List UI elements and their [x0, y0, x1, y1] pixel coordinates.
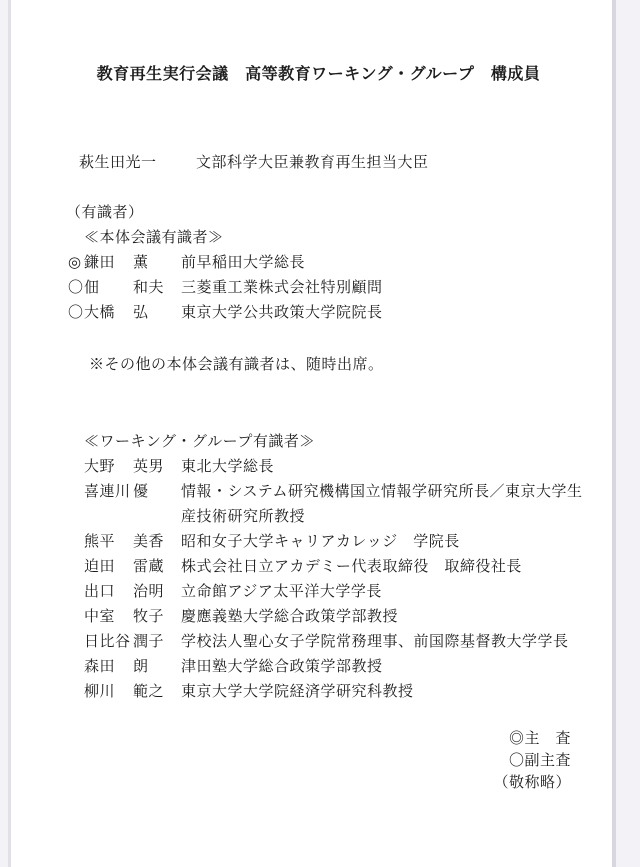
member-row: 迫田 雷蔵 株式会社日立アカデミー代表取締役 取締役社長: [11, 554, 612, 579]
member-given-name: 和夫: [133, 275, 181, 300]
member-given-name: 範之: [133, 679, 181, 704]
member-row: 森田 朗 津田塾大学総合政策学部教授: [11, 654, 612, 679]
minister-name: 萩生田光一: [79, 150, 196, 175]
member-title: 東京大学大学院経済学研究科教授: [181, 679, 612, 704]
member-surname: 佃: [84, 275, 133, 300]
member-marker-icon: [68, 629, 84, 654]
member-title-line: 産技術研究所教授: [181, 504, 612, 529]
member-title: 東北大学総長: [181, 454, 612, 479]
member-surname: 大野: [84, 454, 133, 479]
minister-row: 萩生田光一 文部科学大臣兼教育再生担当大臣: [11, 150, 612, 175]
member-surname: 大橋: [84, 300, 133, 325]
member-given-name: 牧子: [133, 604, 181, 629]
member-surname: 日比谷: [84, 629, 133, 654]
member-title-line: 前早稲田大学総長: [181, 250, 612, 275]
member-marker-icon: 〇: [68, 300, 84, 325]
member-row: 喜連川 優 情報・システム研究機構国立情報学研究所長／東京大学生産技術研究所教授: [11, 479, 612, 529]
member-title-line: 東京大学大学院経済学研究科教授: [181, 679, 612, 704]
legend-vice-chair: 〇副主査: [11, 750, 571, 772]
member-title: 情報・システム研究機構国立情報学研究所長／東京大学生産技術研究所教授: [181, 479, 612, 529]
member-given-name: 治明: [133, 579, 181, 604]
member-row: 柳川 範之 東京大学大学院経済学研究科教授: [11, 679, 612, 704]
member-given-name: 弘: [133, 300, 181, 325]
member-surname: 鎌田: [84, 250, 133, 275]
member-row: 大野 英男 東北大学総長: [11, 454, 612, 479]
member-title: 前早稲田大学総長: [181, 250, 612, 275]
member-row: 日比谷 潤子 学校法人聖心女子学院常務理事、前国際基督教大学学長: [11, 629, 612, 654]
member-surname: 柳川: [84, 679, 133, 704]
member-title-line: 情報・システム研究機構国立情報学研究所長／東京大学生: [181, 479, 612, 504]
experts-section-label: （有識者）: [11, 200, 612, 225]
legend-chair: ◎主 査: [11, 728, 571, 750]
member-title-line: 株式会社日立アカデミー代表取締役 取締役社長: [181, 554, 612, 579]
member-marker-icon: [68, 604, 84, 629]
member-title: 立命館アジア太平洋大学学長: [181, 579, 612, 604]
member-given-name: 優: [133, 479, 181, 529]
member-title-line: 立命館アジア太平洋大学学長: [181, 579, 612, 604]
member-given-name: 美香: [133, 529, 181, 554]
main-council-member-list: ◎ 鎌田 薫 前早稲田大学総長 〇 佃 和夫 三菱重工業株式会社特別顧問 〇 大…: [11, 250, 612, 325]
working-group-header: ≪ワーキング・グループ有識者≫: [11, 429, 612, 454]
working-group-member-list: 大野 英男 東北大学総長 喜連川 優 情報・システム研究機構国立情報学研究所長／…: [11, 454, 612, 704]
member-given-name: 英男: [133, 454, 181, 479]
member-marker-icon: [68, 554, 84, 579]
member-title: 株式会社日立アカデミー代表取締役 取締役社長: [181, 554, 612, 579]
document-page: 教育再生実行会議 高等教育ワーキング・グループ 構成員 萩生田光一 文部科学大臣…: [8, 0, 616, 867]
member-marker-icon: [68, 529, 84, 554]
member-title-line: 東北大学総長: [181, 454, 612, 479]
member-surname: 喜連川: [84, 479, 133, 529]
member-row: 出口 治明 立命館アジア太平洋大学学長: [11, 579, 612, 604]
member-title: 東京大学公共政策大学院院長: [181, 300, 612, 325]
member-title: 学校法人聖心女子学院常務理事、前国際基督教大学学長: [181, 629, 612, 654]
member-given-name: 朗: [133, 654, 181, 679]
member-given-name: 潤子: [133, 629, 181, 654]
member-surname: 中室: [84, 604, 133, 629]
member-row: 〇 大橋 弘 東京大学公共政策大学院院長: [11, 300, 612, 325]
member-title: 津田塾大学総合政策学部教授: [181, 654, 612, 679]
legend: ◎主 査 〇副主査 （敬称略）: [11, 728, 612, 794]
member-marker-icon: [68, 454, 84, 479]
member-title-line: 昭和女子大学キャリアカレッジ 学院長: [181, 529, 612, 554]
member-given-name: 薫: [133, 250, 181, 275]
member-title-line: 学校法人聖心女子学院常務理事、前国際基督教大学学長: [181, 629, 612, 654]
member-marker-icon: [68, 654, 84, 679]
member-title: 昭和女子大学キャリアカレッジ 学院長: [181, 529, 612, 554]
member-given-name: 雷蔵: [133, 554, 181, 579]
main-council-header: ≪本体会議有識者≫: [11, 225, 612, 250]
minister-title: 文部科学大臣兼教育再生担当大臣: [196, 150, 429, 175]
member-marker-icon: ◎: [68, 250, 84, 275]
attendance-note: ※その他の本体会議有識者は、随時出席。: [11, 352, 612, 377]
member-row: 熊平 美香 昭和女子大学キャリアカレッジ 学院長: [11, 529, 612, 554]
member-row: 〇 佃 和夫 三菱重工業株式会社特別顧問: [11, 275, 612, 300]
member-title: 慶應義塾大学総合政策学部教授: [181, 604, 612, 629]
member-title-line: 三菱重工業株式会社特別顧問: [181, 275, 612, 300]
member-marker-icon: [68, 679, 84, 704]
legend-honorifics: （敬称略）: [11, 772, 571, 794]
member-surname: 森田: [84, 654, 133, 679]
member-title-line: 東京大学公共政策大学院院長: [181, 300, 612, 325]
member-title: 三菱重工業株式会社特別顧問: [181, 275, 612, 300]
document-title: 教育再生実行会議 高等教育ワーキング・グループ 構成員: [11, 62, 612, 87]
member-row: ◎ 鎌田 薫 前早稲田大学総長: [11, 250, 612, 275]
member-marker-icon: [68, 579, 84, 604]
member-title-line: 慶應義塾大学総合政策学部教授: [181, 604, 612, 629]
member-marker-icon: 〇: [68, 275, 84, 300]
member-surname: 出口: [84, 579, 133, 604]
member-title-line: 津田塾大学総合政策学部教授: [181, 654, 612, 679]
member-surname: 迫田: [84, 554, 133, 579]
member-surname: 熊平: [84, 529, 133, 554]
member-row: 中室 牧子 慶應義塾大学総合政策学部教授: [11, 604, 612, 629]
member-marker-icon: [68, 479, 84, 529]
